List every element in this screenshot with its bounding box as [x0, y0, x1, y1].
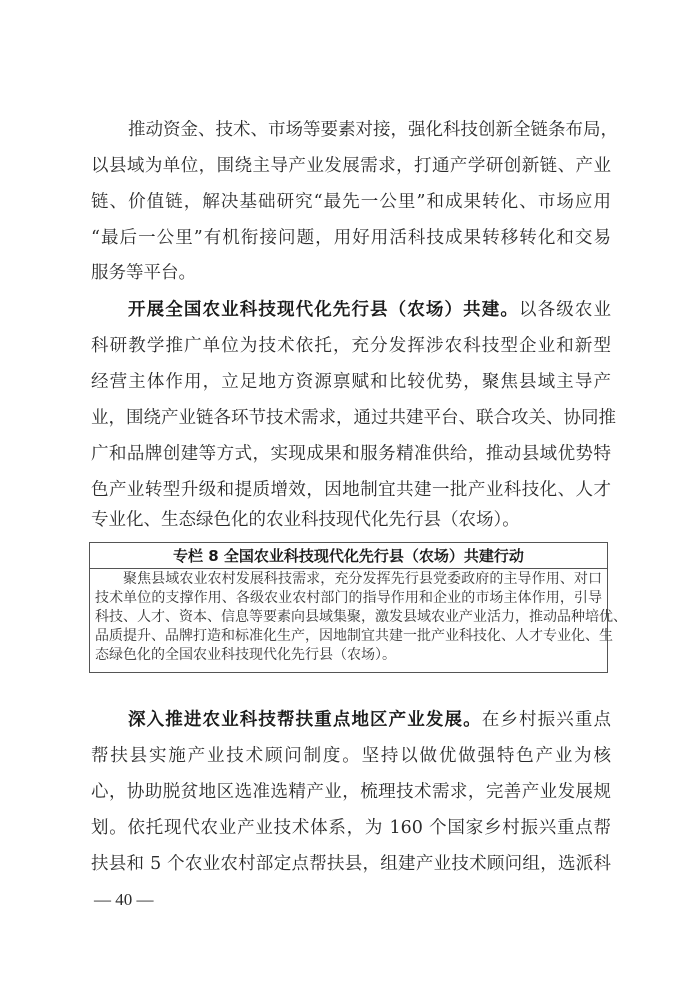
feature-box: 专栏 8 全国农业科技现代化先行县（农场）共建行动 聚焦县域农业农村发展科技需求… — [89, 542, 608, 673]
heading-continuation: 在乡村振兴重点 — [482, 710, 611, 730]
text-line: 广和品牌创建等方式，实现成果和服务精准供给，推动县域优势特 — [91, 436, 611, 472]
box-text-line: 态绿色化的全国农业科技现代化先行县（农场）。 — [95, 646, 602, 665]
text-line: 科研教学推广单位为技术依托，充分发挥涉农科技型企业和新型 — [91, 328, 611, 364]
text-line: 经营主体作用，立足地方资源禀赋和比较优势，聚焦县域主导产 — [91, 364, 611, 400]
text-line: 推动资金、技术、市场等要素对接，强化科技创新全链条布局， — [128, 112, 611, 148]
text-line: 开展全国农业科技现代化先行县（农场）共建。以各级农业 — [128, 292, 611, 328]
text-line: 业，围绕产业链各环节技术需求，通过共建平台、联合攻关、协同推 — [91, 400, 611, 436]
text-line: 帮扶县实施产业技术顾问制度。坚持以做优做强特色产业为核 — [91, 738, 611, 774]
document-page: 推动资金、技术、市场等要素对接，强化科技创新全链条布局， 以县域为单位，围绕主导… — [0, 0, 700, 990]
box-text-line: 品质提升、品牌打造和标准化生产，因地制宜共建一批产业科技化、人才专业化、生 — [95, 627, 602, 646]
box-text-line: 聚焦县域农业农村发展科技需求，充分发挥先行县党委政府的主导作用、对口 — [123, 570, 602, 589]
text-line: 链、价值链，解决基础研究“最先一公里”和成果转化、市场应用 — [91, 184, 611, 220]
page-number: — 40 — — [94, 888, 154, 912]
paragraph-heading: 深入推进农业科技帮扶重点地区产业发展。 — [128, 710, 482, 730]
text-line: 心，协助脱贫地区选准选精产业，梳理技术需求，完善产业发展规 — [91, 774, 611, 810]
box-text-line: 科技、人才、资本、信息等要素向县域集聚，激发县域农业产业活力，推动品种培优、 — [95, 608, 602, 627]
heading-continuation: 以各级农业 — [519, 300, 611, 320]
paragraph-heading: 开展全国农业科技现代化先行县（农场）共建。 — [128, 300, 519, 320]
box-text-line: 技术单位的支撑作用、各级农业农村部门的指导作用和企业的市场主体作用，引导 — [95, 589, 602, 608]
text-line: 扶县和 5 个农业农村部定点帮扶县，组建产业技术顾问组，选派科 — [91, 846, 611, 882]
text-line: “最后一公里”有机衔接问题，用好用活科技成果转移转化和交易 — [91, 220, 611, 256]
text-line: 划。依托现代农业产业技术体系，为 160 个国家乡村振兴重点帮 — [91, 810, 611, 846]
text-line: 以县域为单位，围绕主导产业发展需求，打通产学研创新链、产业 — [91, 148, 611, 184]
text-line: 服务等平台。 — [91, 255, 611, 291]
feature-box-title: 专栏 8 全国农业科技现代化先行县（农场）共建行动 — [90, 543, 607, 569]
text-line: 深入推进农业科技帮扶重点地区产业发展。在乡村振兴重点 — [128, 702, 611, 738]
text-line: 专业化、生态绿色化的农业科技现代化先行县（农场）。 — [91, 502, 611, 538]
